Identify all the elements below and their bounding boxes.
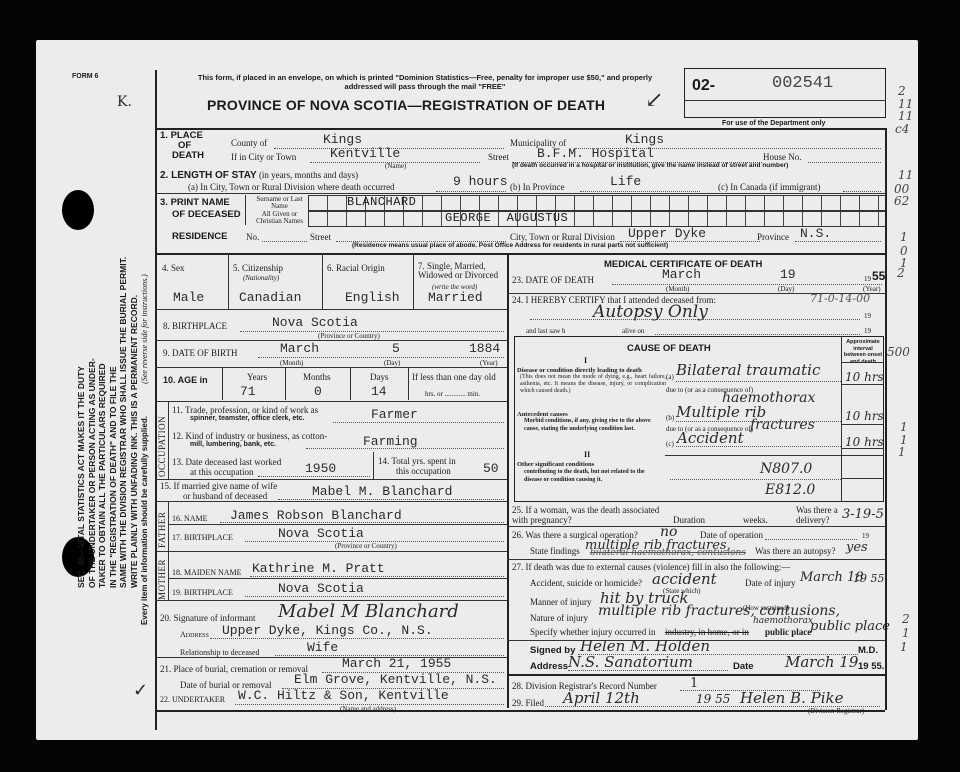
autopsy-value: yes <box>846 540 868 555</box>
code-n: N807.0 <box>760 461 812 477</box>
sign-year-value: 19 55. <box>858 661 884 672</box>
birthplace-value: Nova Scotia <box>272 315 358 330</box>
name-label: 3. PRINT NAME OF DECEASED <box>160 197 241 221</box>
dod-year-value: 55 <box>872 269 885 283</box>
marital-status-value: Married <box>428 290 483 305</box>
arrow-mark: ↙ <box>645 88 663 113</box>
margin-code: 71-0-14-00 <box>810 292 870 305</box>
form-number: FORM 6 <box>72 73 98 80</box>
code-e: E812.0 <box>765 482 815 498</box>
cause-c-value: Accident <box>677 429 744 447</box>
punch-hole <box>62 190 94 230</box>
form-left-border <box>155 70 157 730</box>
page-title: PROVINCE OF NOVA SCOTIA—REGISTRATION OF … <box>207 97 605 113</box>
registration-prefix: 02- <box>692 77 715 95</box>
age-years-value: 71 <box>240 384 256 399</box>
corner-mark: K. <box>117 94 132 110</box>
nature2-value: haemothorax <box>753 616 813 626</box>
filed-date-value: April 12th <box>563 689 640 707</box>
cause-a-value: Bilateral traumatic <box>676 361 820 379</box>
municipality-value: Kings <box>625 132 664 147</box>
accident-value: accident <box>652 570 717 588</box>
check-mark: ✓ <box>133 680 148 701</box>
trade-value: Farmer <box>371 407 418 422</box>
surname-value: BLANCHARD <box>347 195 416 209</box>
informant-signature: Mabel M Blanchard <box>278 601 459 622</box>
registration-number: 002541 <box>772 74 833 93</box>
citizenship-value: Canadian <box>239 290 301 305</box>
racial-origin-value: English <box>345 290 400 305</box>
cause-b2-value: fractures <box>750 417 815 433</box>
dob-month-value: March <box>280 341 319 356</box>
dod-month-value: March <box>662 267 701 282</box>
street-value: B.F.M. Hospital <box>537 146 654 161</box>
father-name-value: James Robson Blanchard <box>230 508 402 523</box>
mail-notice: This form, if placed in an envelope, on … <box>190 73 660 91</box>
burial-date-value: Elm Grove, Kentville, N.S. <box>294 672 497 687</box>
city-value: Kentville <box>330 146 400 161</box>
sign-date-value: March 19 <box>785 653 858 671</box>
side-statute: SEC. 46—VITAL STATISTICS ACT MAKES IT TH… <box>76 257 139 588</box>
cause-of-death-title: CAUSE OF DEATH <box>627 343 711 354</box>
county-value: Kings <box>323 132 362 147</box>
interval-a: 10 hrs <box>845 370 884 384</box>
last-worked-value: 1950 <box>305 461 336 476</box>
father-birthplace-value: Nova Scotia <box>278 526 364 541</box>
mother-name-value: Kathrine M. Pratt <box>252 561 385 576</box>
interval-b: 10 hrs <box>845 409 884 423</box>
given-name-value: GEORGE AUGUSTUS <box>445 211 568 225</box>
mother-birthplace-value: Nova Scotia <box>278 581 364 596</box>
total-years-value: 50 <box>483 461 499 476</box>
dob-day-value: 5 <box>392 341 400 356</box>
residence-city-value: Upper Dyke <box>628 226 706 241</box>
given-name-cells <box>308 211 886 227</box>
where-value: public place <box>810 619 890 634</box>
place-of-death-label: 1. PLACE OF DEATH <box>160 131 204 161</box>
findings-struck: bilateral haemothorax, contusions <box>590 548 746 558</box>
registrar-signature: Helen B. Pike <box>740 689 843 707</box>
undertaker-value: W.C. Hiltz & Son, Kentville <box>238 688 449 703</box>
stay-province-value: Life <box>610 174 641 189</box>
stay-city-value: 9 hours <box>453 174 508 189</box>
spouse-value: Mabel M. Blanchard <box>312 484 452 499</box>
side-note: Every item of information should be care… <box>140 274 149 625</box>
record-number-value: 1 <box>690 676 698 691</box>
interval-c: 10 hrs <box>845 435 884 449</box>
length-of-stay-label: 2. LENGTH OF STAY (in years, months and … <box>160 170 358 181</box>
residence-province-value: N.S. <box>800 226 831 241</box>
age-months-value: 0 <box>314 384 322 399</box>
dod-day-value: 19 <box>780 267 796 282</box>
physician-address-value: N.S. Sanatorium <box>568 653 693 671</box>
age-days-value: 14 <box>371 384 387 399</box>
delivery-value: 3-19-5 <box>842 507 884 522</box>
burial-place-value: March 21, 1955 <box>342 656 451 671</box>
filed-year-value: 19 55 <box>696 692 730 706</box>
dob-year-value: 1884 <box>469 341 500 356</box>
relationship-value: Wife <box>307 640 338 655</box>
informant-address-value: Upper Dyke, Kings Co., N.S. <box>222 623 433 638</box>
injury-year-value: 19 55 <box>853 572 885 585</box>
department-note: For use of the Department only <box>722 120 825 127</box>
sex-value: Male <box>173 290 204 305</box>
industry-value: Farming <box>363 434 418 449</box>
